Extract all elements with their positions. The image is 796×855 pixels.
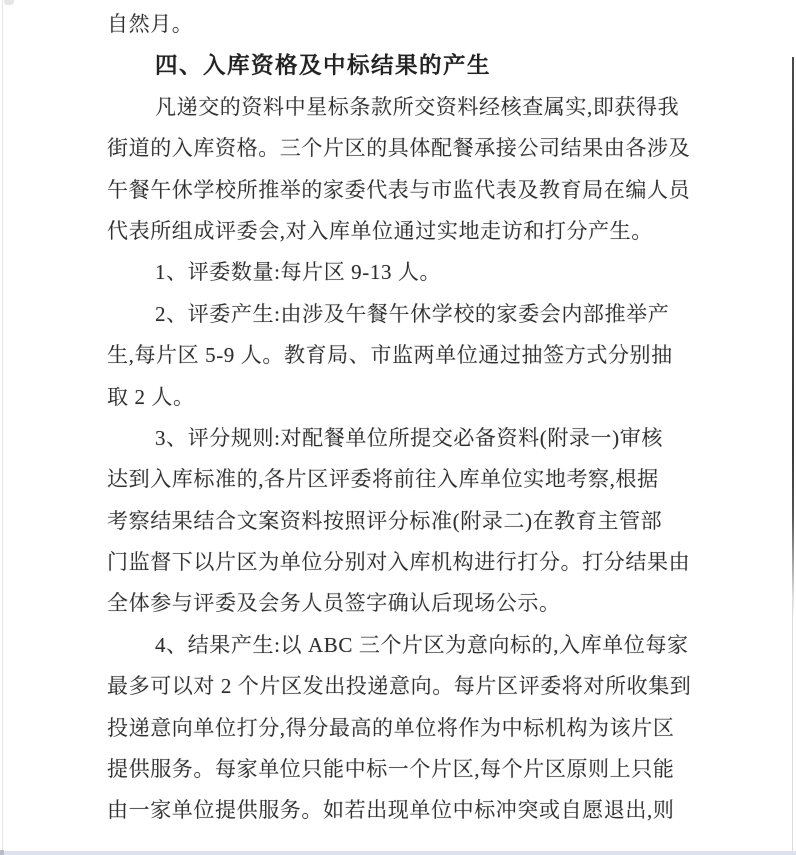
doc-line: 由一家单位提供服务。如若出现单位中标冲突或自愿退出,则 <box>0 790 796 831</box>
doc-line: 街道的入库资格。三个片区的具体配餐承接公司结果由各涉及 <box>0 128 796 169</box>
doc-line: 门监督下以片区为单位分别对入库机构进行打分。打分结果由 <box>0 542 796 583</box>
doc-line: 提供服务。每家单位只能中标一个片区,每个片区原则上只能 <box>0 749 796 790</box>
document-text-block: 自然月。四、入库资格及中标结果的产生凡递交的资料中星标条款所交资料经核查属实,即… <box>0 0 796 832</box>
page-left-edge-line <box>2 0 3 855</box>
doc-line: 取 2 人。 <box>0 377 796 418</box>
scan-smudge-top-left <box>4 0 14 5</box>
doc-line: 自然月。 <box>0 4 796 45</box>
doc-line: 投递意向单位打分,得分最高的单位将作为中标机构为该片区 <box>0 708 796 749</box>
doc-line: 最多可以对 2 个片区发出投递意向。每片区评委将对所收集到 <box>0 666 796 707</box>
doc-line: 达到入库标准的,各片区评委将前往入库单位实地考察,根据 <box>0 459 796 500</box>
doc-line: 1、评委数量:每片区 9-13 人。 <box>0 252 796 293</box>
doc-line: 考察结果结合文案资料按照评分标准(附录二)在教育主管部 <box>0 501 796 542</box>
page-right-edge-line <box>792 600 793 855</box>
section-heading: 四、入库资格及中标结果的产生 <box>0 45 796 86</box>
page-bottom-band-cap <box>0 850 4 855</box>
page-right-scan-shadow <box>792 57 794 617</box>
doc-line: 午餐午休学校所推举的家委代表与市监代表及教育局在编人员 <box>0 170 796 211</box>
doc-line: 代表所组成评委会,对入库单位通过实地走访和打分产生。 <box>0 211 796 252</box>
page-bottom-band <box>0 851 796 855</box>
doc-line: 凡递交的资料中星标条款所交资料经核查属实,即获得我 <box>0 87 796 128</box>
doc-line: 3、评分规则:对配餐单位所提交必备资料(附录一)审核 <box>0 418 796 459</box>
document-page: 自然月。四、入库资格及中标结果的产生凡递交的资料中星标条款所交资料经核查属实,即… <box>0 0 796 855</box>
doc-line: 4、结果产生:以 ABC 三个片区为意向标的,入库单位每家 <box>0 625 796 666</box>
doc-line: 2、评委产生:由涉及午餐午休学校的家委会内部推举产 <box>0 294 796 335</box>
doc-line: 生,每片区 5-9 人。教育局、市监两单位通过抽签方式分别抽 <box>0 335 796 376</box>
doc-line: 全体参与评委及会务人员签字确认后现场公示。 <box>0 583 796 624</box>
